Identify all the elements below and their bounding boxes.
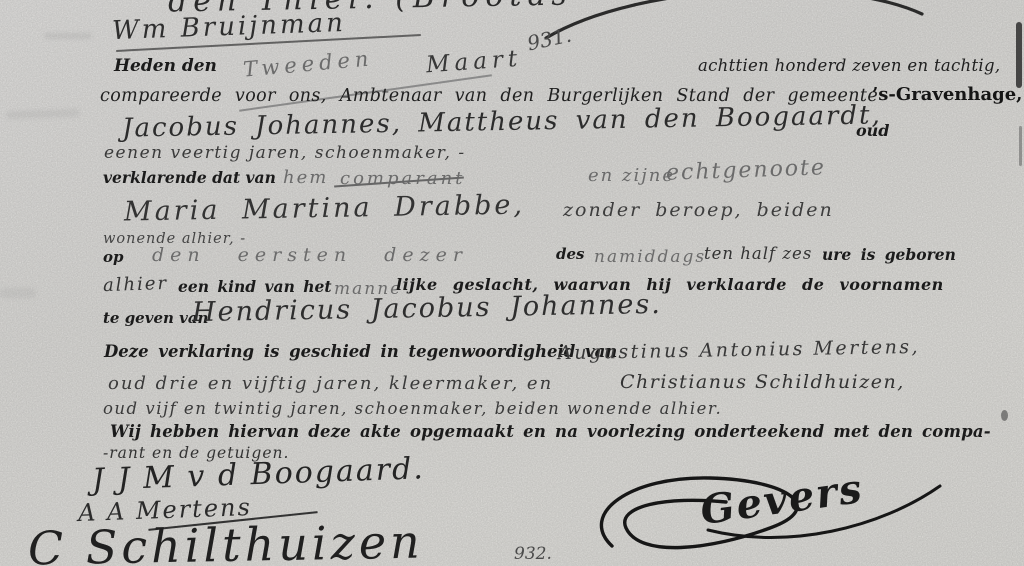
handwritten-hem: hem	[283, 169, 328, 187]
handwritten-father-name: Jacobus Johannes, Mattheus van den Booga…	[122, 102, 882, 141]
handwritten-witness2-name: Christianus Schildhuizen,	[620, 373, 905, 392]
printed-text-oud: oud	[856, 123, 890, 139]
handwritten-day: Tweeden	[242, 48, 374, 80]
act-number: 931.	[525, 25, 573, 54]
handwritten-echtgenoote: echtgenoote	[666, 157, 827, 185]
handwritten-en-zijne: en zijne	[588, 167, 675, 185]
handwritten-witness1-name: Augustinus Antonius Mertens,	[558, 338, 920, 363]
printed-text-des: des	[556, 247, 584, 262]
handwritten-birth-day: den eersten dezer	[152, 246, 468, 265]
signature-official: Gevers	[698, 469, 866, 531]
next-act-number: 932.	[514, 546, 552, 563]
signature-father: J J M v d Boogaard.	[92, 454, 426, 496]
printed-text-een-kind: een kind van het	[178, 279, 332, 295]
signature-witness2: C Schilthuizen	[28, 519, 424, 566]
printed-text-deze-verklaring: Deze verklaring is geschied in tegenwoor…	[104, 344, 617, 361]
binding-mark	[1019, 126, 1022, 166]
handwritten-namiddags: namiddags	[594, 249, 706, 266]
scan-smudge	[0, 288, 36, 298]
handwritten-mother-occupation: zonder beroep, beiden	[563, 201, 834, 220]
printed-text-op: op	[103, 250, 124, 265]
printed-municipality-name: ’s-Gravenhage,	[872, 86, 1022, 104]
printed-year-text: achttien honderd zeven en tachtig,	[698, 58, 1000, 75]
scan-smudge	[6, 109, 80, 120]
handwritten-witness2-age-occupation: oud vijf en twintig jaren, schoenmaker, …	[103, 401, 722, 418]
printed-text-heden-den: Heden den	[114, 58, 217, 75]
handwritten-month: Maart	[425, 48, 523, 78]
previous-act-flourish	[540, 0, 930, 42]
printed-closing-line1: Wij hebben hiervan deze akte opgemaakt e…	[110, 424, 991, 441]
handwritten-birth-time: ten half zes	[704, 246, 812, 263]
handwritten-child-name: Hendricus Jacobus Johannes.	[192, 291, 662, 326]
scan-smudge	[44, 33, 92, 39]
printed-text-verklarende: verklarende dat van	[103, 170, 276, 186]
handwritten-alhier: alhier	[103, 275, 169, 295]
birth-certificate-scan: den Thiel. (Brootas Wm Bruijnman 931. He…	[0, 0, 1024, 566]
handwritten-father-age-occupation: eenen veertig jaren, schoenmaker, -	[104, 145, 466, 162]
printed-text-ure-is-geboren: ure is geboren	[822, 247, 956, 263]
handwritten-mother-name: Maria Martina Drabbe,	[124, 192, 525, 226]
printed-text-geslacht: lijke geslacht, waarvan hij verklaarde d…	[396, 277, 944, 293]
binding-mark	[1016, 22, 1022, 88]
handwritten-witness1-age-occupation: oud drie en vijftig jaren, kleermaker, e…	[108, 375, 553, 393]
ink-speck	[1001, 410, 1008, 421]
